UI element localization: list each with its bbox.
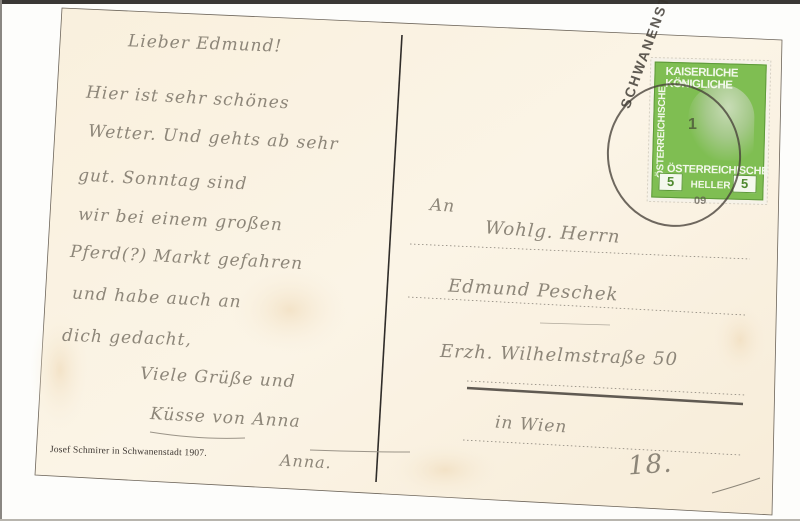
postmark-date: 1 xyxy=(688,116,697,134)
address-line: An xyxy=(429,195,456,217)
postcard: Lieber Edmund! Hier ist sehr schönes Wet… xyxy=(0,0,800,521)
postmark-year: 09 xyxy=(694,195,706,207)
address-district: 18. xyxy=(627,448,673,481)
message-line: Anna. xyxy=(280,451,333,473)
